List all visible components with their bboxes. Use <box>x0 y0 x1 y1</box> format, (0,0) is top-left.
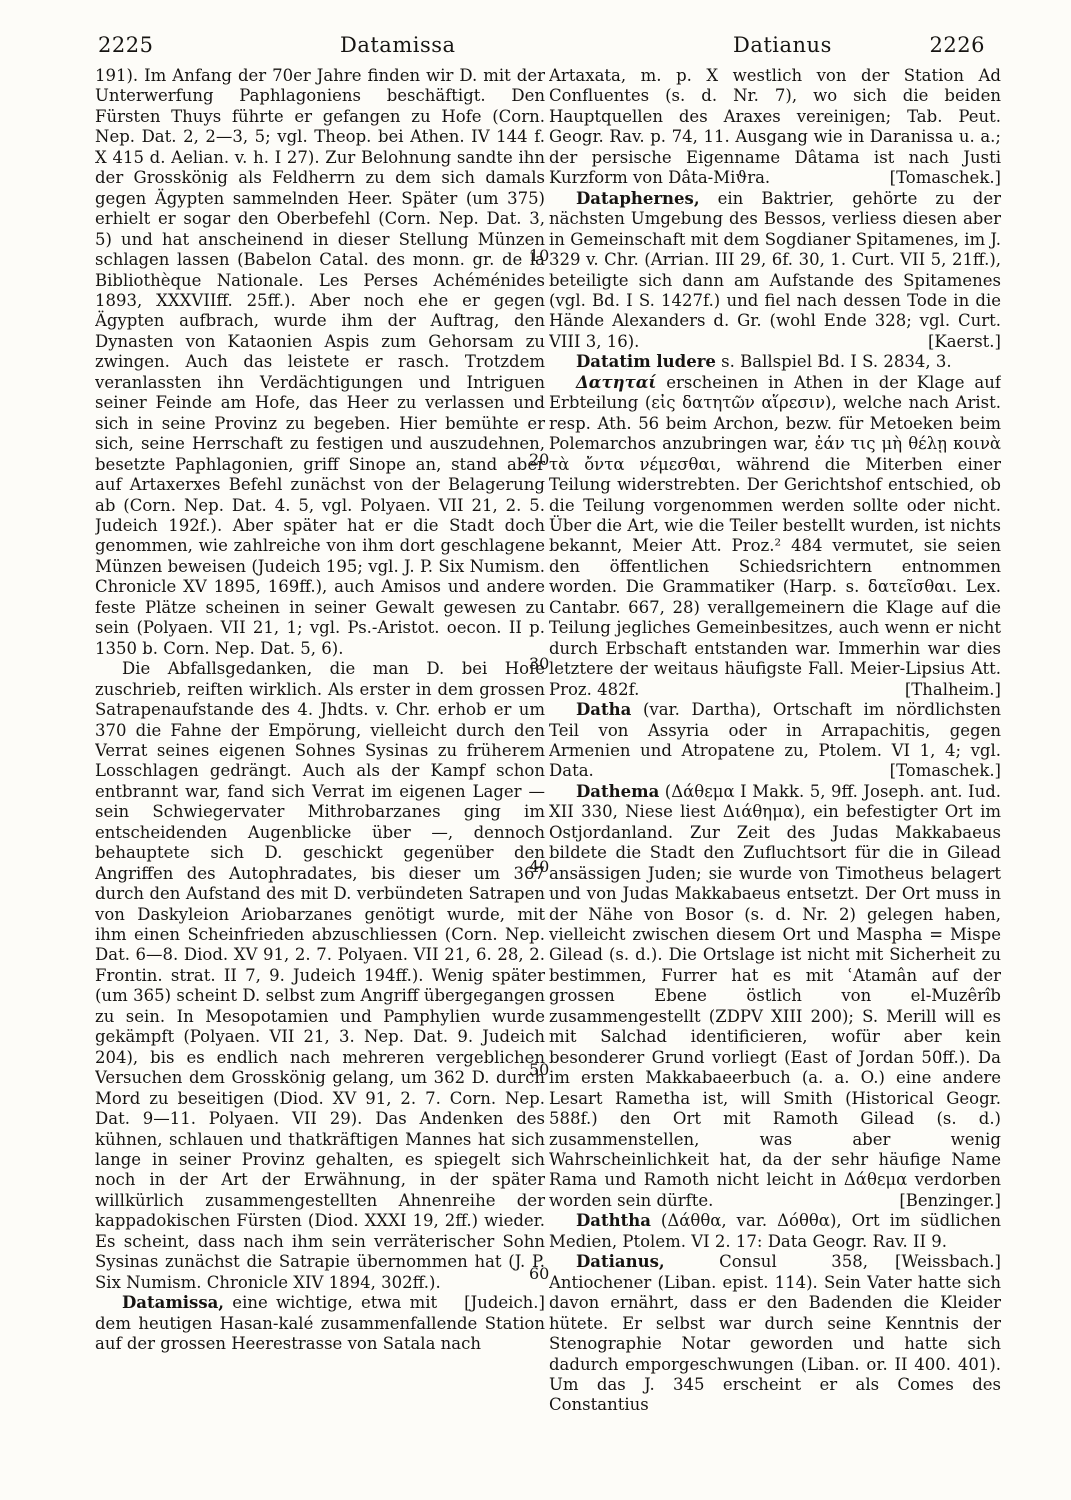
datames-continuation-paragraph: 191). Im Anfang der 70er Jahre finden wi… <box>95 66 545 659</box>
paragraph-text: ein Baktrier, gehörte zu der nächsten Um… <box>549 189 1001 351</box>
entry-datetai: Δατηταί erscheinen in Athen in der Klage… <box>549 373 1001 700</box>
author-signature: [Benzinger.] <box>872 1191 1001 1211</box>
entry-datatim-ludere: Datatim ludere s. Ballspiel Bd. I S. 283… <box>549 352 1001 372</box>
lexicon-page: 2225 Datamissa Datianus 2226 10 20 30 40… <box>0 0 1071 1500</box>
paragraph-text: (Δάθεμα I Makk. 5, 9ff. Joseph. ant. Iud… <box>549 782 1001 1210</box>
entry-dataphernes: Dataphernes, ein Baktrier, gehörte zu de… <box>549 189 1001 353</box>
paragraph-text: s. Ballspiel Bd. I S. 2834, 3. <box>716 352 952 371</box>
author-signature: [Tomaschek.] <box>863 761 1001 781</box>
page-number-right: 2226 <box>930 33 985 57</box>
author-signature: [Tomaschek.] <box>890 168 1001 188</box>
paragraph-text: 191). Im Anfang der 70er Jahre finden wi… <box>95 66 545 658</box>
left-column: 191). Im Anfang der 70er Jahre finden wi… <box>95 66 545 1458</box>
author-signature: [Weissbach.] <box>868 1252 1001 1272</box>
datamissa-continuation-paragraph: Artaxata, m. p. X westlich von der Stati… <box>549 66 1001 189</box>
running-head-right: Datianus <box>733 33 832 57</box>
entry-datha: Datha (var. Dartha), Ortschaft im nördli… <box>549 700 1001 782</box>
entry-headword: Datianus, <box>576 1252 665 1271</box>
running-head-left: Datamissa <box>340 33 456 57</box>
entry-headword-greek: Δατηταί <box>576 373 656 392</box>
right-column: Artaxata, m. p. X westlich von der Stati… <box>549 66 1001 1458</box>
entry-headword: Datamissa, <box>122 1293 224 1312</box>
author-signature: [Thalheim.] <box>878 680 1001 700</box>
paragraph-text: Consul 358, Antiochener (Liban. epist. 1… <box>549 1252 1001 1414</box>
page-number-left: 2225 <box>98 33 153 57</box>
entry-headword: Datatim ludere <box>576 352 716 371</box>
entry-headword: Daththa <box>576 1211 651 1230</box>
paragraph-text: erscheinen in Athen in der Klage auf Erb… <box>549 373 1001 699</box>
author-signature: [Kaerst.] <box>901 332 1001 352</box>
author-signature: [Judeich.] <box>437 1293 545 1313</box>
entry-headword: Dathema <box>576 782 659 801</box>
entry-daththa: Daththa (Δάθθα, var. Δόθθα), Ort im südl… <box>549 1211 1001 1252</box>
paragraph-text: Die Abfallsgedanken, die man D. bei Hofe… <box>95 659 545 1292</box>
datames-second-paragraph: Die Abfallsgedanken, die man D. bei Hofe… <box>95 659 545 1293</box>
entry-datianus: Datianus, Consul 358, Antiochener (Liban… <box>549 1252 1001 1416</box>
entry-dathema: Dathema (Δάθεμα I Makk. 5, 9ff. Joseph. … <box>549 782 1001 1212</box>
entry-headword: Datha <box>576 700 631 719</box>
entry-headword: Dataphernes, <box>576 189 700 208</box>
